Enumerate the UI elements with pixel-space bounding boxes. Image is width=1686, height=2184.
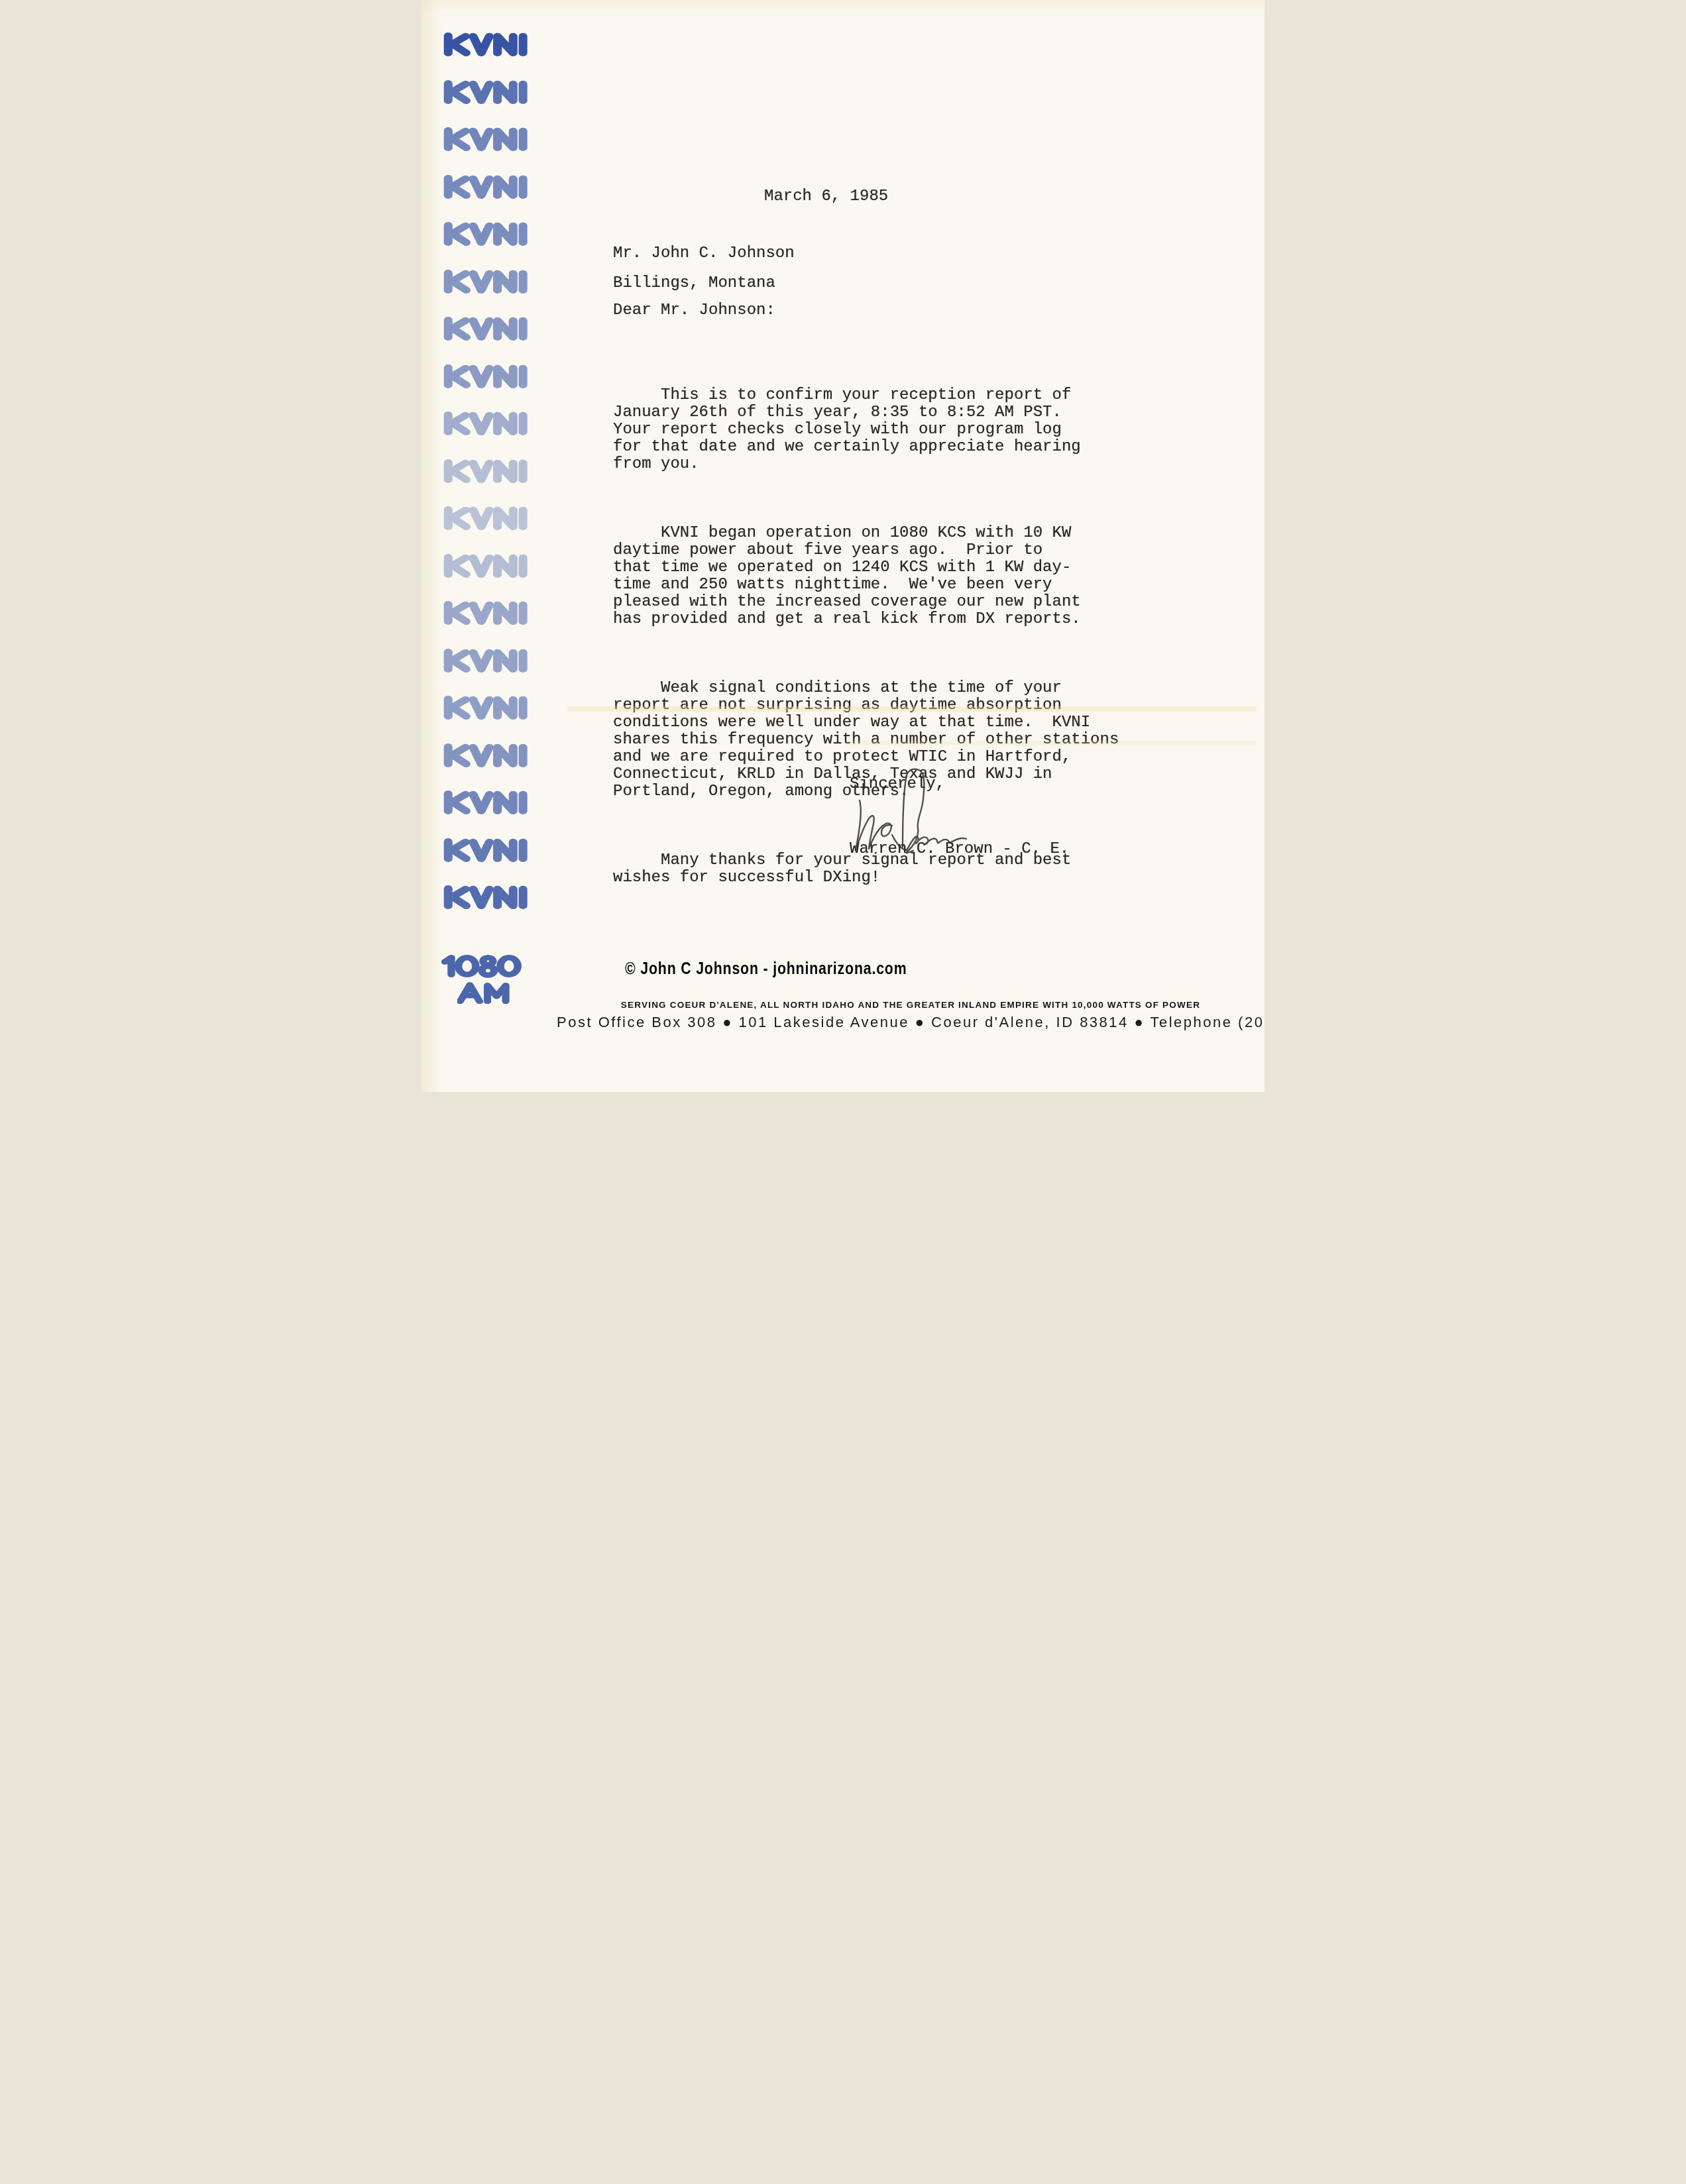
kvni-logo-icon [440,506,533,531]
kvni-logo-icon [440,80,533,105]
kvni-logo-icon [440,411,533,436]
kvni-logo [440,600,533,626]
kvni-logo [440,648,533,673]
kvni-logo [440,743,533,768]
copyright-watermark: © John C Johnson - johninarizona.com [625,958,907,979]
signer-name: Warren C. Brown - C. E. [850,841,1069,858]
kvni-logo [440,316,533,341]
kvni-logo-icon [440,364,533,389]
kvni-logo [440,695,533,720]
kvni-logo [440,269,533,294]
kvni-logo-icon [440,269,533,294]
kvni-logo-icon [440,316,533,341]
footer-address-line: Post Office Box 308 ● 101 Lakeside Avenu… [557,1014,1264,1031]
kvni-logo-icon [440,790,533,815]
kvni-logo [440,459,533,484]
kvni-logo [440,221,533,246]
kvni-logo-icon [440,221,533,246]
kvni-logo-icon [440,838,533,863]
band-logo [457,982,514,1004]
kvni-logo-icon [440,600,533,626]
paragraph-1: This is to confirm your reception report… [613,387,1119,473]
recipient-city: Billings, Montana [613,275,775,292]
kvni-logo-column [440,32,533,910]
salutation: Dear Mr. Johnson: [613,302,775,319]
kvni-logo [440,364,533,389]
frequency-1080-icon [441,954,529,978]
recipient-name: Mr. John C. Johnson [613,245,795,262]
kvni-logo [440,80,533,105]
kvni-logo-icon [440,127,533,152]
kvni-logo [440,885,533,910]
paragraph-2: KVNI began operation on 1080 KCS with 10… [613,525,1119,628]
kvni-logo [440,553,533,578]
kvni-logo [440,790,533,815]
frequency-logo [441,954,529,978]
kvni-logo [440,506,533,531]
letter-page: March 6, 1985 Mr. John C. Johnson Billin… [421,0,1264,1092]
kvni-logo [440,32,533,57]
kvni-logo [440,127,533,152]
kvni-logo-icon [440,885,533,910]
band-am-icon [457,982,514,1004]
kvni-logo-icon [440,553,533,578]
kvni-logo-icon [440,695,533,720]
kvni-logo-icon [440,743,533,768]
kvni-logo-icon [440,459,533,484]
kvni-logo [440,411,533,436]
footer-serving-line: SERVING COEUR D'ALENE, ALL NORTH IDAHO A… [557,1000,1264,1010]
kvni-logo [440,838,533,863]
kvni-logo-icon [440,32,533,57]
kvni-logo [440,174,533,199]
kvni-logo-icon [440,648,533,673]
kvni-logo-icon [440,174,533,199]
letter-date: March 6, 1985 [764,188,888,205]
